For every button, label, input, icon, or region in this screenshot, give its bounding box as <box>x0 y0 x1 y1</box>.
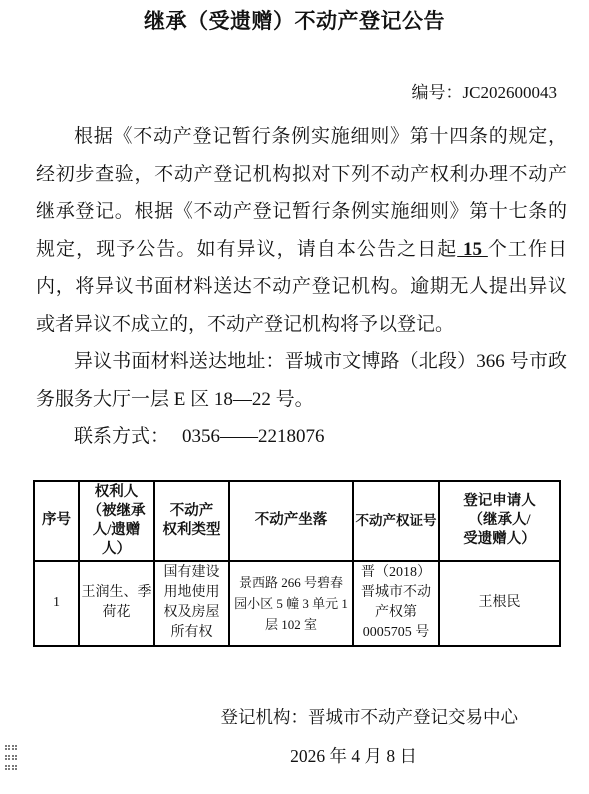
doc-number-label: 编号： <box>412 83 463 102</box>
doc-number-value: JC202600043 <box>463 83 557 102</box>
paragraph-contact: 联系方式：0356——2218076 <box>36 418 567 456</box>
header-applicant: 登记申请人 （继承人/ 受遗赠人） <box>439 481 560 561</box>
paragraph-regulation: 根据《不动产登记暂行条例实施细则》第十四条的规定，经初步查验，不动产登记机构拟对… <box>36 118 567 343</box>
cell-right-holder: 王润生、季 荷花 <box>79 561 154 646</box>
drag-handle-dot <box>12 745 17 750</box>
header-property-location: 不动产坐落 <box>229 481 353 561</box>
drag-handle-icon[interactable] <box>5 745 17 771</box>
header-right-holder: 权利人 （被继承 人/遗赠 人） <box>79 481 154 561</box>
announcement-body: 根据《不动产登记暂行条例实施细则》第十四条的规定，经初步查验，不动产登记机构拟对… <box>0 118 589 456</box>
cell-serial-number: 1 <box>34 561 79 646</box>
registration-table: 序号 权利人 （被继承 人/遗赠 人） 不动产 权利类型 不动产坐落 不动产权证… <box>33 480 561 647</box>
table-header-row: 序号 权利人 （被继承 人/遗赠 人） 不动产 权利类型 不动产坐落 不动产权证… <box>34 481 560 561</box>
page-title: 继承（受遗赠）不动产登记公告 <box>0 8 589 34</box>
paragraph-delivery-address: 异议书面材料送达地址：晋城市文博路（北段）366 号市政务服务大厅一层 E 区 … <box>36 343 567 418</box>
table-row: 1 王润生、季 荷花 国有建设 用地使用 权及房屋 所有权 景西路 266 号碧… <box>34 561 560 646</box>
objection-days-value: 15 <box>457 239 488 260</box>
drag-handle-dot <box>5 755 10 760</box>
cell-applicant: 王根民 <box>439 561 560 646</box>
registration-authority-line: 登记机构：晋城市不动产登记交易中心 <box>0 706 589 728</box>
drag-handle-dot <box>12 765 17 770</box>
cell-right-type: 国有建设 用地使用 权及房屋 所有权 <box>154 561 229 646</box>
contact-label: 联系方式： <box>74 426 169 447</box>
contact-phone-value: 0356——2218076 <box>182 426 325 447</box>
authority-name: 晋城市不动产登记交易中心 <box>308 707 518 727</box>
drag-handle-dot <box>12 755 17 760</box>
header-right-type: 不动产 权利类型 <box>154 481 229 561</box>
authority-label: 登记机构： <box>221 707 309 727</box>
cell-property-location: 景西路 266 号碧春 园小区 5 幢 3 单元 1 层 102 室 <box>229 561 353 646</box>
drag-handle-dot <box>5 765 10 770</box>
doc-number-line: 编号：JC202600043 <box>0 83 589 103</box>
announcement-document: 继承（受遗赠）不动产登记公告 编号：JC202600043 根据《不动产登记暂行… <box>0 0 589 794</box>
announcement-date: 2026 年 4 月 8 日 <box>0 745 589 767</box>
cell-certificate-number: 晋（2018） 晋城市不动 产权第 0005705 号 <box>353 561 439 646</box>
header-serial-number: 序号 <box>34 481 79 561</box>
drag-handle-dot <box>5 745 10 750</box>
header-certificate-number: 不动产权证号 <box>353 481 439 561</box>
